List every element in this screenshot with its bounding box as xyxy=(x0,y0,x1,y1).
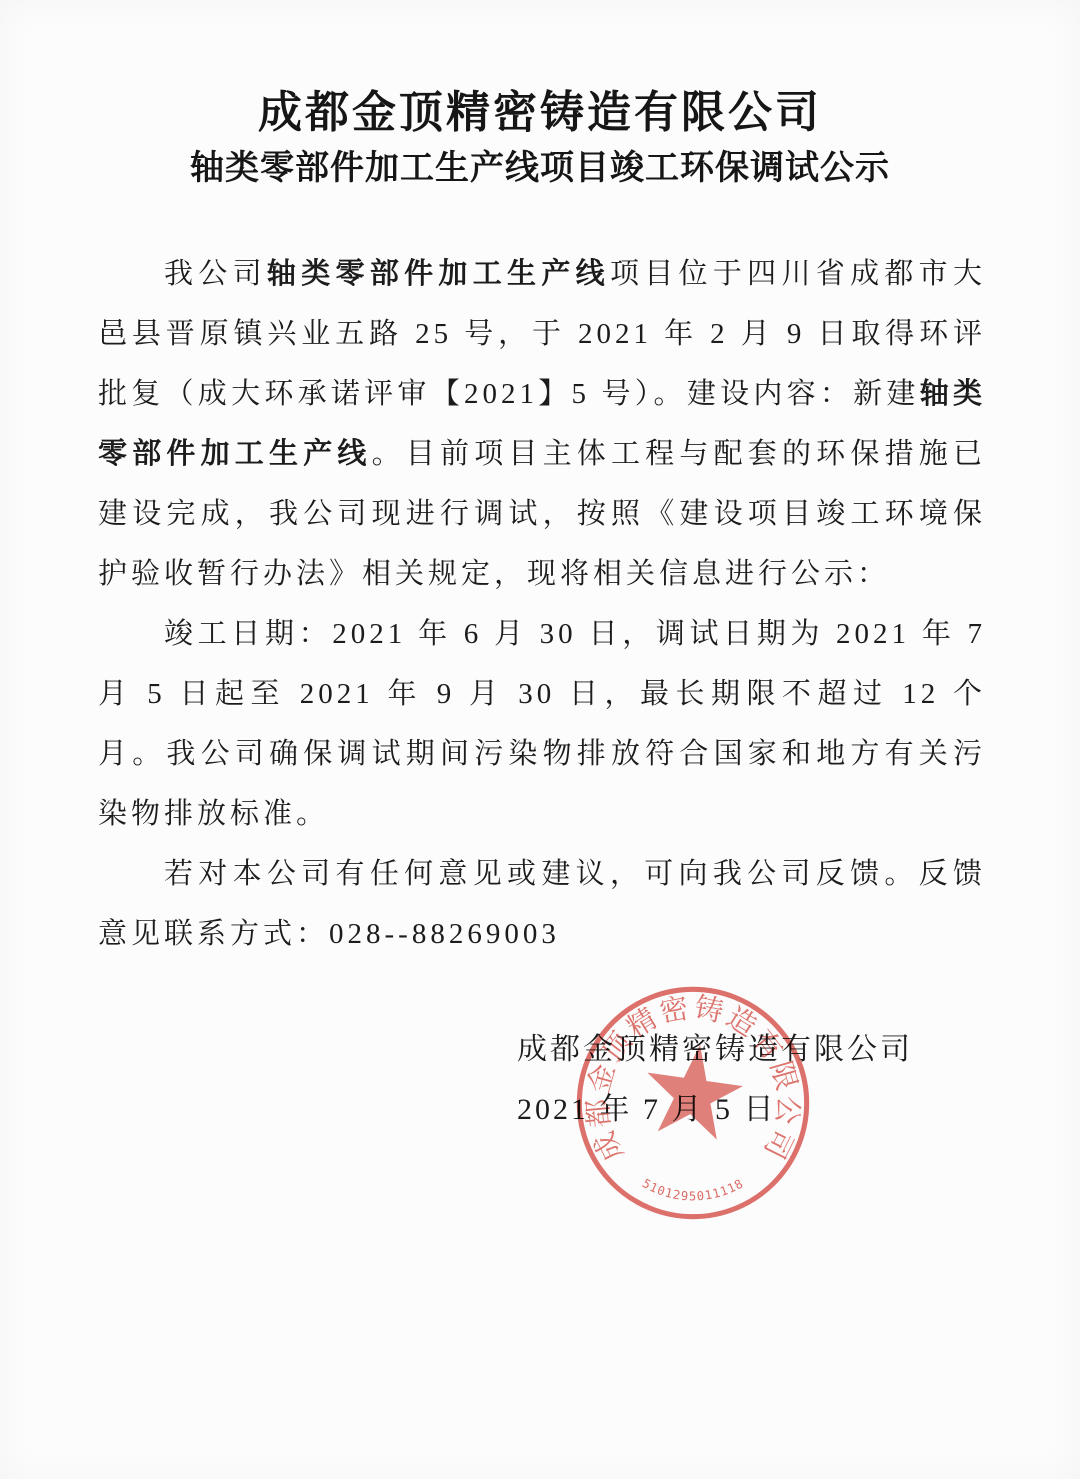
document-body: 我公司轴类零部件加工生产线项目位于四川省成都市大邑县晋原镇兴业五路 25 号，于… xyxy=(98,244,986,964)
body-text: 若对本公司有任何意见或建议，可向我公司反馈。反馈意见联系方式：028--8826… xyxy=(98,858,986,950)
body-text: 竣工日期：2021 年 6 月 30 日，调试日期为 2021 年 7 月 5 … xyxy=(98,618,986,830)
signature-company: 成都金顶精密铸造有限公司 xyxy=(517,1020,913,1080)
signature-block: 成都金顶精密铸造有限公司 2021 年 7 月 5 日 xyxy=(517,1020,913,1140)
body-paragraph: 竣工日期：2021 年 6 月 30 日，调试日期为 2021 年 7 月 5 … xyxy=(98,604,986,844)
signature-date: 2021 年 7 月 5 日 xyxy=(517,1080,913,1140)
body-paragraph: 我公司轴类零部件加工生产线项目位于四川省成都市大邑县晋原镇兴业五路 25 号，于… xyxy=(98,244,986,604)
emphasized-text: 轴类零部件加工生产线 xyxy=(267,258,610,290)
seal-number: 5101295011118 xyxy=(640,1176,746,1203)
document-page: 成都金顶精密铸造有限公司 轴类零部件加工生产线项目竣工环保调试公示 我公司轴类零… xyxy=(0,0,1080,1479)
document-subtitle: 轴类零部件加工生产线项目竣工环保调试公示 xyxy=(0,140,1080,189)
body-paragraph: 若对本公司有任何意见或建议，可向我公司反馈。反馈意见联系方式：028--8826… xyxy=(98,844,986,964)
body-text: 我公司 xyxy=(164,258,267,290)
document-title: 成都金顶精密铸造有限公司 xyxy=(0,76,1080,140)
